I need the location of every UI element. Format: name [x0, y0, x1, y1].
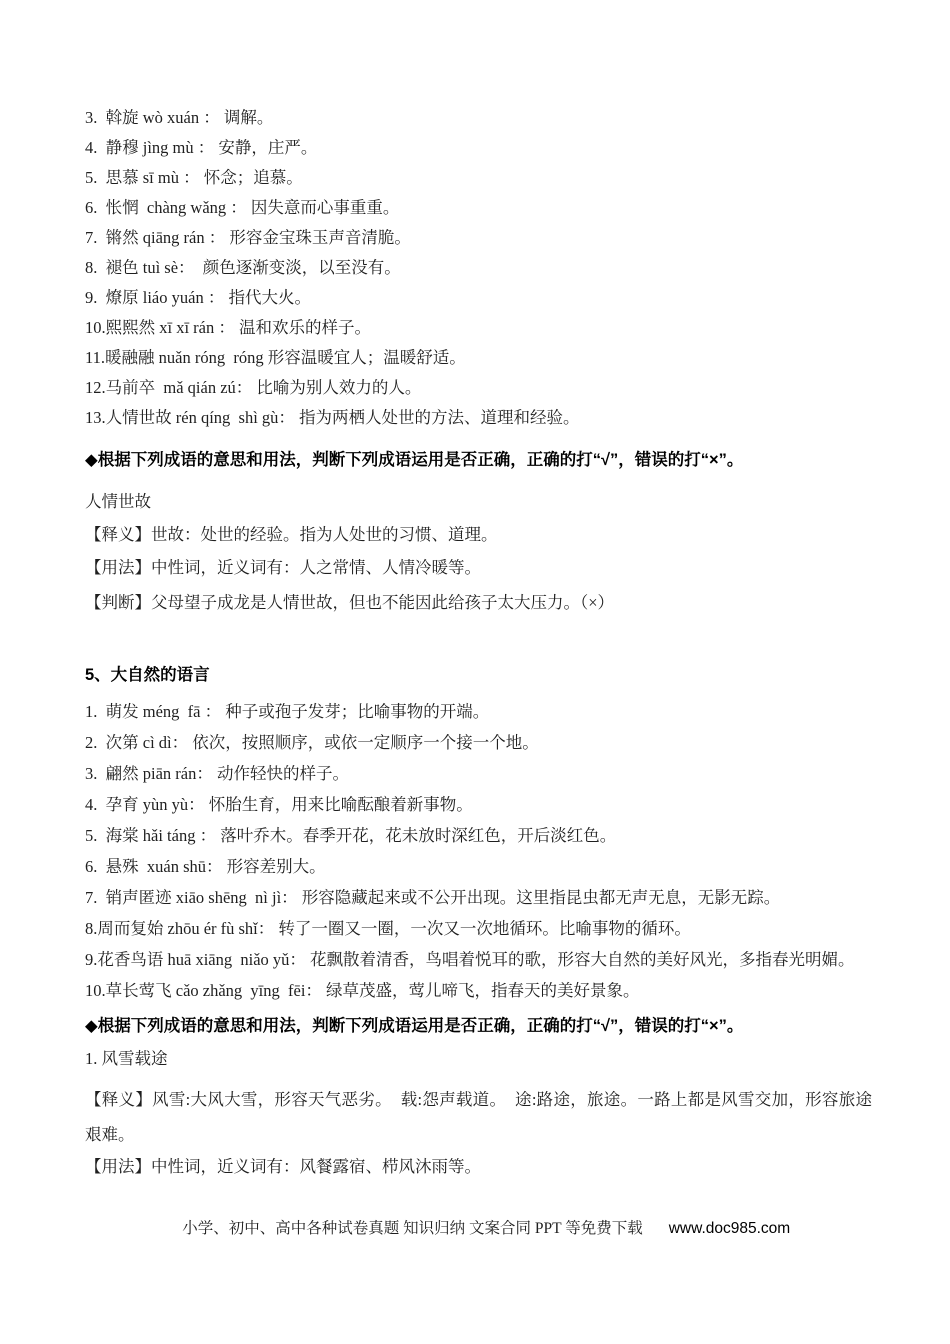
- idiom-definition: 【释义】世故：处世的经验。指为人处世的习惯、道理。: [85, 520, 872, 550]
- page-footer: 小学、初中、高中各种试卷真题 知识归纳 文案合同 PPT 等免费下载www.do…: [85, 1190, 872, 1268]
- idiom-title: 人情世故: [85, 487, 872, 517]
- vocab-item: 5. 海棠 hǎi táng ： 落叶乔木。春季开花，花未放时深红色，开后淡红色…: [85, 820, 872, 851]
- lesson4-vocab-list: 3. 斡旋 wò xuán ： 调解。 4. 静穆 jìng mù ： 安静，庄…: [85, 103, 872, 433]
- vocab-item: 11.暖融融 nuǎn róng róng 形容温暖宜人；温暖舒适。: [85, 343, 872, 373]
- vocab-item: 1. 萌发 méng fā ： 种子或孢子发芽；比喻事物的开端。: [85, 696, 872, 727]
- vocab-item: 9. 燎原 liáo yuán ： 指代大火。: [85, 283, 872, 313]
- footer-text: 小学、初中、高中各种试卷真题 知识归纳 文案合同 PPT 等免费下载: [182, 1220, 642, 1237]
- vocab-item: 4. 静穆 jìng mù ： 安静，庄严。: [85, 133, 872, 163]
- idiom-usage: 【用法】中性词，近义词有：风餐露宿、栉风沐雨等。: [85, 1152, 872, 1182]
- footer-link[interactable]: www.doc985.com: [669, 1220, 790, 1237]
- vocab-item: 5. 思慕 sī mù ： 怀念；追慕。: [85, 163, 872, 193]
- vocab-item: 12.马前卒 mǎ qián zú： 比喻为别人效力的人。: [85, 373, 872, 403]
- idiom-block-fengxuezaitu: 1. 风雪载途 【释义】风雪:大风大雪，形容天气恶劣。 载:怨声载道。 途:路途…: [85, 1044, 872, 1182]
- judge-instruction-heading: ◆根据下列成语的意思和用法，判断下列成语运用是否正确，正确的打“√”，错误的打“…: [85, 1011, 872, 1041]
- vocab-item: 7. 销声匿迹 xiāo shēng nì jì： 形容隐藏起来或不公开出现。这…: [85, 882, 872, 913]
- vocab-item: 6. 悬殊 xuán shū： 形容差别大。: [85, 851, 872, 882]
- lesson5-vocab-list: 1. 萌发 méng fā ： 种子或孢子发芽；比喻事物的开端。 2. 次第 c…: [85, 696, 872, 1006]
- vocab-item: 10.草长莺飞 cǎo zhǎng yīng fēi： 绿草茂盛，莺儿啼飞，指春…: [85, 975, 872, 1006]
- vocab-item: 2. 次第 cì dì： 依次，按照顺序，或依一定顺序一个接一个地。: [85, 727, 872, 758]
- judge-instruction-heading: ◆根据下列成语的意思和用法，判断下列成语运用是否正确，正确的打“√”，错误的打“…: [85, 445, 872, 475]
- vocab-item: 9.花香鸟语 huā xiāng niǎo yǔ： 花飘散着清香，鸟唱着悦耳的歌…: [85, 944, 872, 975]
- section-title: 5、大自然的语言: [85, 660, 872, 690]
- vocab-item: 7. 锵然 qiāng rán ： 形容金宝珠玉声音清脆。: [85, 223, 872, 253]
- idiom-definition: 【释义】风雪:大风大雪，形容天气恶劣。 载:怨声载道。 途:路途，旅途。一路上都…: [85, 1082, 872, 1152]
- idiom-block-renqingshigu: 人情世故 【释义】世故：处世的经验。指为人处世的习惯、道理。 【用法】中性词，近…: [85, 487, 872, 618]
- vocab-item: 8. 褪色 tuì sè： 颜色逐渐变淡，以至没有。: [85, 253, 872, 283]
- vocab-item: 8.周而复始 zhōu ér fù shǐ： 转了一圈又一圈，一次又一次地循环。…: [85, 913, 872, 944]
- idiom-judgement: 【判断】父母望子成龙是人情世故，但也不能因此给孩子太大压力。（×）: [85, 588, 872, 618]
- vocab-item: 4. 孕育 yùn yù： 怀胎生育，用来比喻酝酿着新事物。: [85, 789, 872, 820]
- document-page: 3. 斡旋 wò xuán ： 调解。 4. 静穆 jìng mù ： 安静，庄…: [0, 0, 950, 1344]
- idiom-usage: 【用法】中性词，近义词有：人之常情、人情冷暖等。: [85, 553, 872, 583]
- vocab-item: 13.人情世故 rén qíng shì gù： 指为两栖人处世的方法、道理和经…: [85, 403, 872, 433]
- vocab-item: 10.熙熙然 xī xī rán ： 温和欢乐的样子。: [85, 313, 872, 343]
- idiom-title: 1. 风雪载途: [85, 1044, 872, 1074]
- vocab-item: 6. 怅惘 chàng wǎng ： 因失意而心事重重。: [85, 193, 872, 223]
- vocab-item: 3. 翩然 piān rán： 动作轻快的样子。: [85, 758, 872, 789]
- vocab-item: 3. 斡旋 wò xuán ： 调解。: [85, 103, 872, 133]
